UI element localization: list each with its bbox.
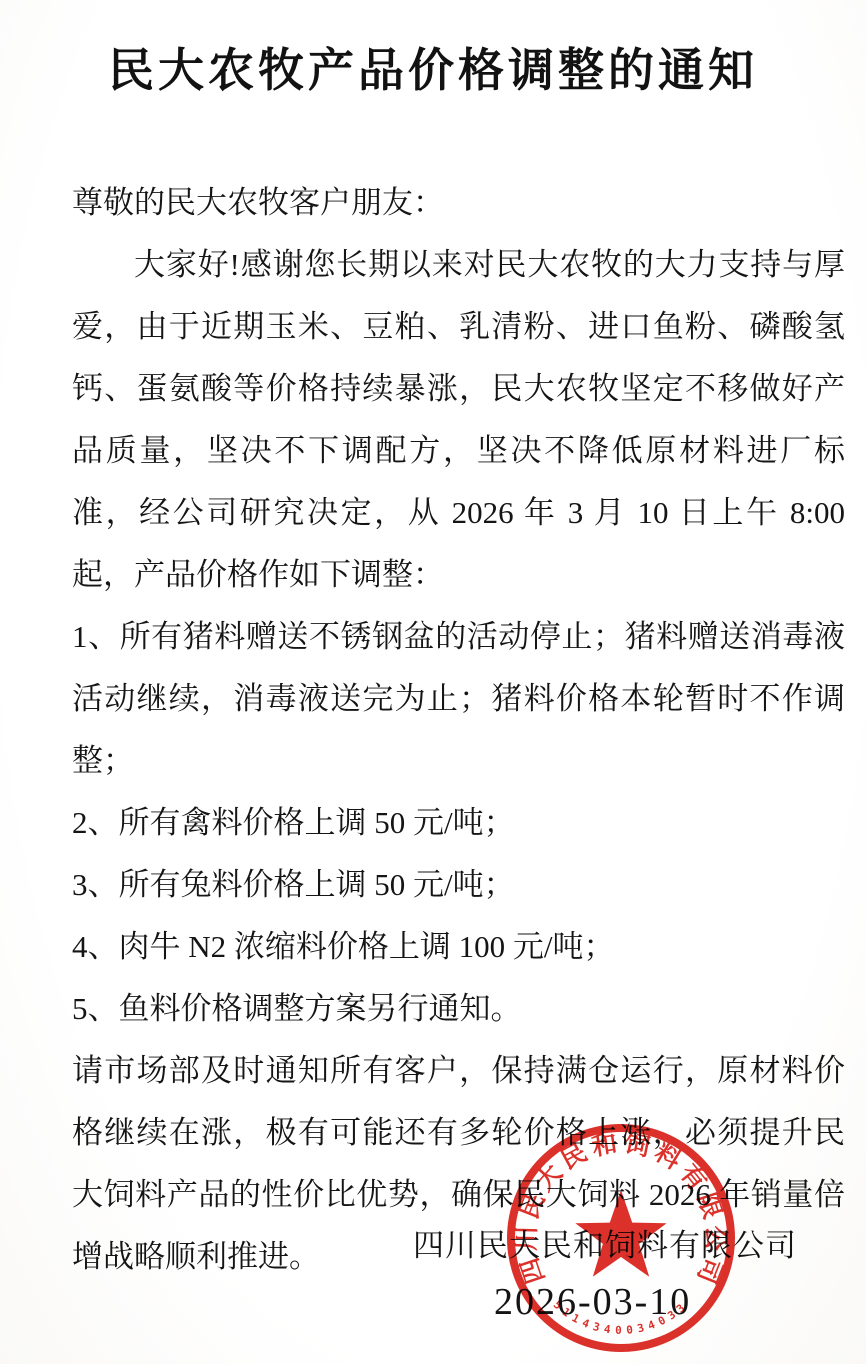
intro-paragraph: 大家好!感谢您长期以来对民大农牧的大力支持与厚爱，由于近期玉米、豆粕、乳清粉、进…	[72, 234, 845, 606]
seal-serial-number: 5114340034033	[551, 1298, 692, 1337]
greeting-line: 尊敬的民大农牧客户朋友：	[72, 172, 845, 234]
company-seal-stamp-icon: 四川民大民和饲料有限公司 5114340034033	[501, 1118, 741, 1358]
document-title: 民大农牧产品价格调整的通知	[10, 34, 856, 100]
list-item-1: 1、所有猪料赠送不锈钢盆的活动停止；猪料赠送消毒液活动继续，消毒液送完为止；猪料…	[72, 606, 845, 792]
list-item-2: 2、所有禽料价格上调 50 元/吨；	[72, 792, 845, 854]
document-page: 民大农牧产品价格调整的通知 尊敬的民大农牧客户朋友： 大家好!感谢您长期以来对民…	[0, 0, 866, 1364]
list-item-4: 4、肉牛 N2 浓缩料价格上调 100 元/吨；	[72, 916, 845, 978]
list-item-5: 5、鱼料价格调整方案另行通知。	[72, 978, 845, 1040]
svg-text:5114340034033: 5114340034033	[551, 1298, 692, 1337]
list-item-3: 3、所有兔料价格上调 50 元/吨；	[72, 854, 845, 916]
seal-star-icon	[575, 1190, 666, 1277]
